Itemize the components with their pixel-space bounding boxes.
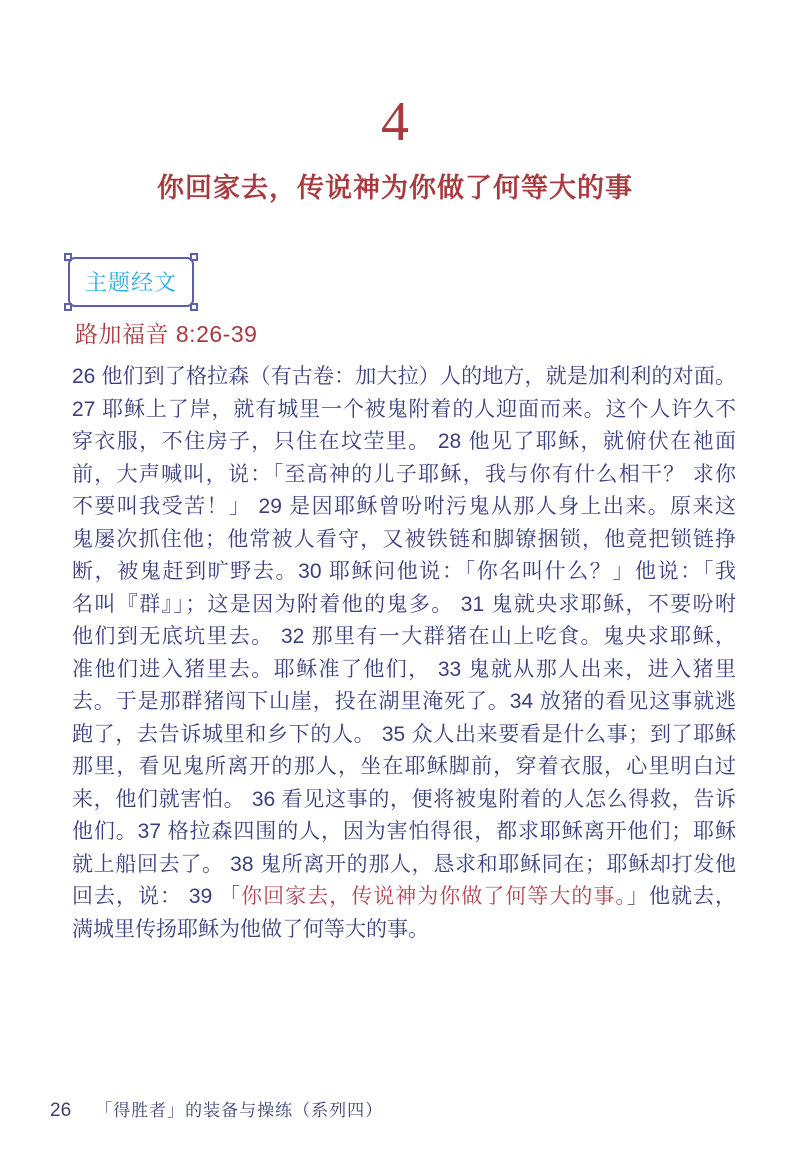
page-footer: 26 「得胜者」的装备与操练（系列四） bbox=[50, 1096, 740, 1122]
scripture-line: 27 耶稣上了岸，就有城里一个被鬼附着的人迎面而来。这个人许久不 bbox=[72, 394, 736, 427]
scripture-text: 26 他们到了格拉森（有古卷：加大拉）人的地方，就是加利利的对面。27 耶稣上了… bbox=[72, 361, 736, 946]
scripture-line: 准他们进入猪里去。耶稣准了他们， 33 鬼就从那人出来，进入猪里 bbox=[72, 654, 736, 687]
frame-corner-ornament bbox=[64, 303, 72, 311]
frame-corner-ornament bbox=[190, 303, 198, 311]
chapter-title: 你回家去，传说神为你做了何等大的事 bbox=[0, 166, 790, 205]
scripture-line: 他们。37 格拉森四围的人，因为害怕得很，都求耶稣离开他们；耶稣 bbox=[72, 816, 736, 849]
page-number: 26 bbox=[50, 1100, 71, 1122]
passage-reference: 路加福音 8:26-39 bbox=[75, 316, 257, 349]
topic-scripture-label: 主题经文 bbox=[85, 270, 177, 295]
scripture-line: 鬼屡次抓住他；他常被人看守，又被铁链和脚镣捆锁，他竟把锁链挣 bbox=[72, 524, 736, 557]
scripture-line: 穿衣服，不住房子，只住在坟茔里。 28 他见了耶稣，就俯伏在祂面 bbox=[72, 426, 736, 459]
scripture-line: 去。于是那群猪闯下山崖，投在湖里淹死了。34 放猪的看见这事就逃 bbox=[72, 686, 736, 719]
scripture-line: 来，他们就害怕。 36 看见这事的，便将被鬼附着的人怎么得救，告诉 bbox=[72, 784, 736, 817]
scripture-line: 不要叫我受苦！」 29 是因耶稣曾吩咐污鬼从那人身上出来。原来这 bbox=[72, 491, 736, 524]
scripture-line: 名叫『群』」；这是因为附着他的鬼多。 31 鬼就央求耶稣，不要吩咐 bbox=[72, 589, 736, 622]
scripture-line: 跑了，去告诉城里和乡下的人。 35 众人出来要看是什么事；到了耶稣 bbox=[72, 719, 736, 752]
document-page: 4 你回家去，传说神为你做了何等大的事 主题经文 路加福音 8:26-39 26… bbox=[0, 0, 790, 1170]
chapter-number: 4 bbox=[0, 92, 790, 154]
scripture-line: 就上船回去了。 38 鬼所离开的那人，恳求和耶稣同在；耶稣却打发他 bbox=[72, 849, 736, 882]
scripture-line: 那里，看见鬼所离开的那人，坐在耶稣脚前，穿着衣服，心里明白过 bbox=[72, 751, 736, 784]
frame-corner-ornament bbox=[190, 253, 198, 261]
scripture-line: 26 他们到了格拉森（有古卷：加大拉）人的地方，就是加利利的对面。 bbox=[72, 361, 736, 394]
book-title: 「得胜者」的装备与操练（系列四） bbox=[95, 1096, 383, 1121]
topic-scripture-frame: 主题经文 bbox=[68, 257, 194, 307]
scripture-line: 断，被鬼赶到旷野去。30 耶稣问他说：「你名叫什么？」他说：「我 bbox=[72, 556, 736, 589]
highlighted-verse-text: 你回家去，传说神为你做了何等大的事。 bbox=[241, 885, 627, 908]
scripture-line: 他们到无底坑里去。 32 那里有一大群猪在山上吃食。鬼央求耶稣， bbox=[72, 621, 736, 654]
scripture-line: 回去，说： 39 「你回家去，传说神为你做了何等大的事。」他就去， bbox=[72, 881, 736, 914]
scripture-line: 前，大声喊叫，说：「至高神的儿子耶稣，我与你有什么相干？ 求你 bbox=[72, 459, 736, 492]
scripture-line: 满城里传扬耶稣为他做了何等大的事。 bbox=[72, 914, 736, 947]
frame-corner-ornament bbox=[64, 253, 72, 261]
